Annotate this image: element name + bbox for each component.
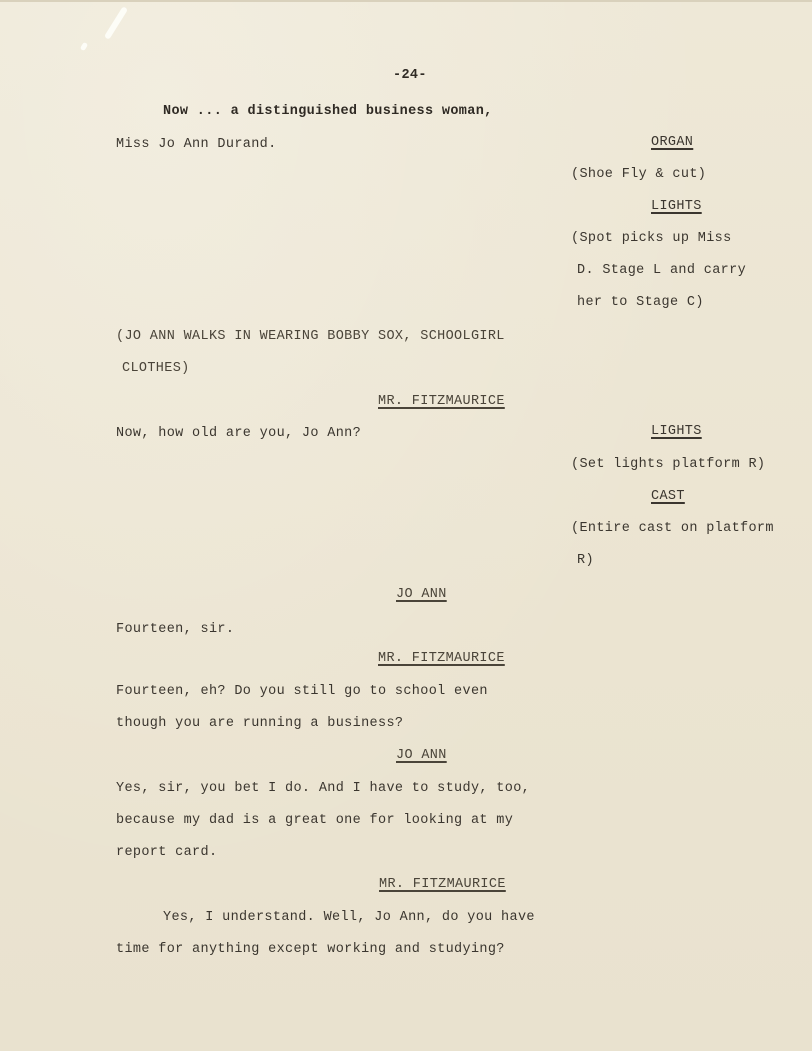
announcer-line: Miss Jo Ann Durand. [116, 137, 277, 153]
page-number: -24- [393, 68, 427, 84]
dialogue-line: Now, how old are you, Jo Ann? [116, 426, 361, 442]
paper-scuff-mark [104, 6, 128, 40]
dialogue-line: Yes, sir, you bet I do. And I have to st… [116, 781, 530, 797]
cue-heading: ORGAN [651, 135, 693, 151]
character-name: MR. FITZMAURICE [379, 877, 506, 893]
dialogue-line: report card. [116, 845, 217, 861]
paper-top-edge [0, 0, 812, 2]
cue-note: her to Stage C) [577, 295, 704, 311]
cue-note: R) [577, 553, 594, 569]
dialogue-line: Fourteen, sir. [116, 622, 234, 638]
cue-note: (Set lights platform R) [571, 457, 765, 473]
stage-direction: (JO ANN WALKS IN WEARING BOBBY SOX, SCHO… [116, 329, 505, 345]
dialogue-line: Fourteen, eh? Do you still go to school … [116, 684, 488, 700]
dialogue-line: because my dad is a great one for lookin… [116, 813, 513, 829]
cue-note: D. Stage L and carry [577, 263, 746, 279]
dialogue-line: time for anything except working and stu… [116, 942, 505, 958]
stage-direction: CLOTHES) [122, 361, 190, 377]
dialogue-line: Yes, I understand. Well, Jo Ann, do you … [163, 910, 535, 926]
cue-heading: CAST [651, 489, 685, 505]
character-name: MR. FITZMAURICE [378, 394, 505, 410]
dialogue-line: though you are running a business? [116, 716, 403, 732]
paper-scuff-mark [80, 42, 88, 51]
character-name: JO ANN [396, 748, 447, 764]
cue-note: (Spot picks up Miss [571, 231, 732, 247]
cue-heading: LIGHTS [651, 199, 702, 215]
cue-note: (Shoe Fly & cut) [571, 167, 706, 183]
cue-heading: LIGHTS [651, 424, 702, 440]
typescript-page: -24- Now ... a distinguished business wo… [0, 0, 812, 1051]
character-name: MR. FITZMAURICE [378, 651, 505, 667]
character-name: JO ANN [396, 587, 447, 603]
cue-note: (Entire cast on platform [571, 521, 774, 537]
announcer-line: Now ... a distinguished business woman, [163, 104, 493, 120]
